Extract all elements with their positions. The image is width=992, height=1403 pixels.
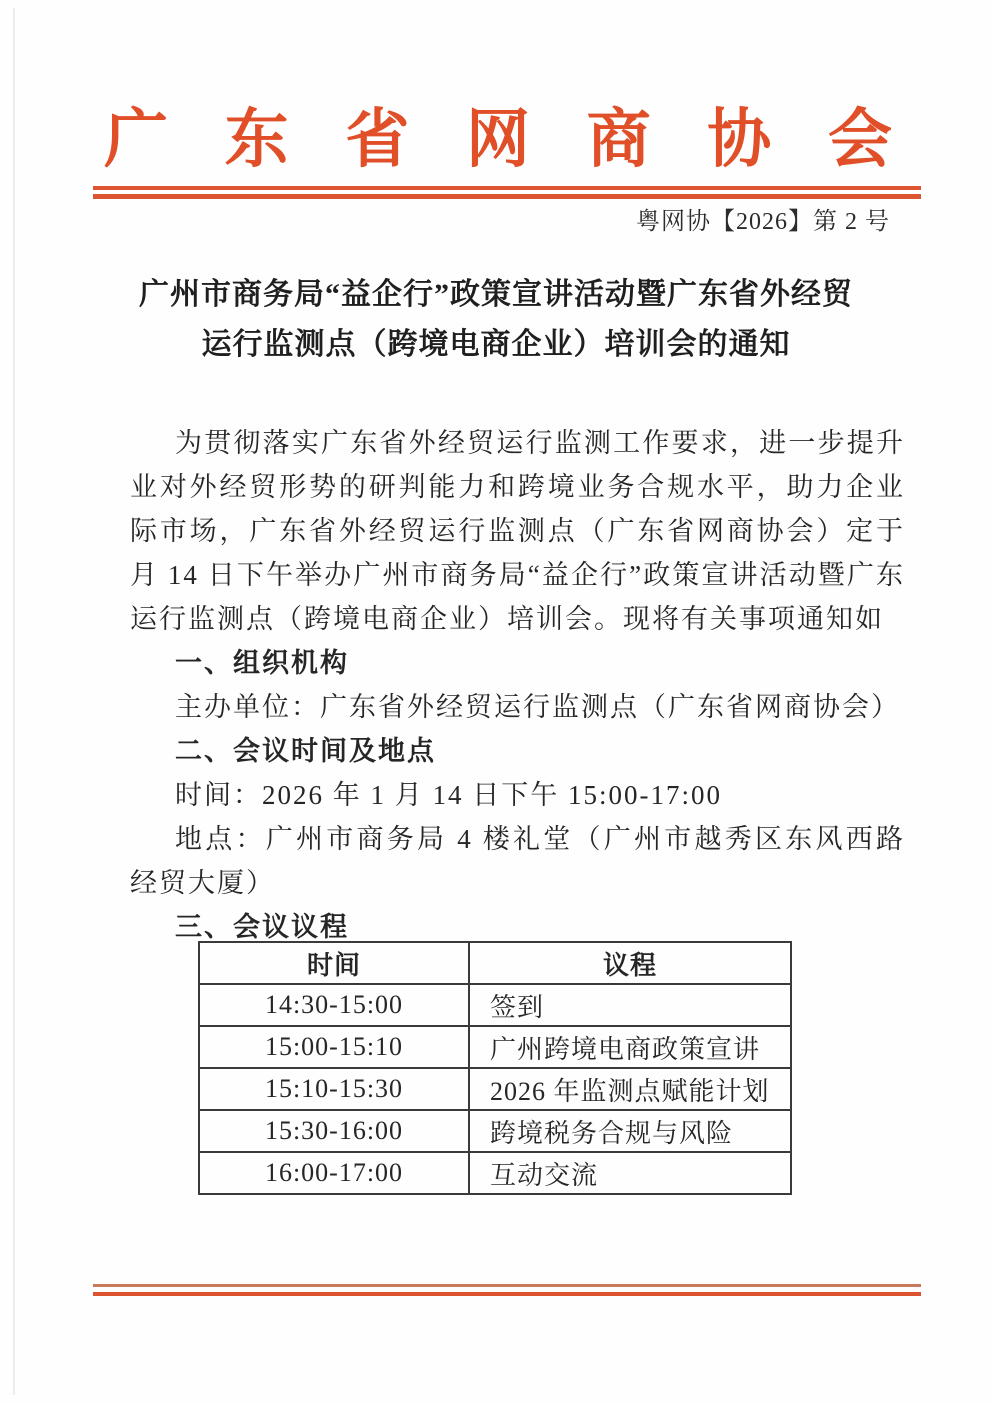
notice-title-line-1: 广州市商务局“益企行”政策宣讲活动暨广东省外经贸 (0, 270, 992, 320)
org-name-char: 协 (707, 108, 771, 172)
agenda-time-cell: 16:00-17:00 (199, 1152, 469, 1194)
intro-line: 运行监测点（跨境电商企业）培训会。现将有关事项通知如下： (130, 597, 905, 641)
table-row: 16:00-17:00 互动交流 (199, 1152, 791, 1194)
agenda-item-cell: 2026 年监测点赋能计划 (469, 1068, 791, 1110)
table-row: 15:10-15:30 2026 年监测点赋能计划 (199, 1068, 791, 1110)
venue-line-1: 地点：广州市商务局 4 楼礼堂（广州市越秀区东风西路 158 号国际 (130, 817, 905, 861)
agenda-col-header-agenda: 议程 (469, 942, 791, 984)
agenda-time-cell: 15:10-15:30 (199, 1068, 469, 1110)
venue-line-2: 经贸大厦） (130, 861, 905, 905)
notice-title: 广州市商务局“益企行”政策宣讲活动暨广东省外经贸 运行监测点（跨境电商企业）培训… (0, 270, 992, 370)
org-name-char: 会 (828, 108, 892, 172)
agenda-table: 时间 议程 14:30-15:00 签到 15:00-15:10 广州跨境电商政… (198, 941, 792, 1195)
letterhead-rules (93, 186, 921, 199)
letterhead-org-name: 广 东 省 网 商 协 会 (104, 108, 892, 172)
section-heading-time-venue: 二、会议时间及地点 (130, 729, 905, 773)
org-name-char: 省 (345, 108, 409, 172)
intro-line: 业对外经贸形势的研判能力和跨境业务合规水平，助力企业稳健拓展国 (130, 465, 905, 509)
table-row: 15:00-15:10 广州跨境电商政策宣讲 (199, 1026, 791, 1068)
letterhead-rule-bottom (93, 194, 921, 199)
org-name-char: 商 (587, 108, 651, 172)
footer-rule-bottom (93, 1292, 921, 1296)
intro-paragraph: 为贯彻落实广东省外经贸运行监测工作要求，进一步提升监测点企 业对外经贸形势的研判… (130, 421, 905, 641)
organizer-line: 主办单位：广东省外经贸运行监测点（广东省网商协会） (130, 685, 905, 729)
doc-number: 粤网协【2026】第 2 号 (0, 208, 890, 236)
agenda-time-cell: 15:30-16:00 (199, 1110, 469, 1152)
footer-rule-top (93, 1284, 921, 1287)
table-row: 14:30-15:00 签到 (199, 984, 791, 1026)
intro-line: 为贯彻落实广东省外经贸运行监测工作要求，进一步提升监测点企 (130, 421, 905, 465)
intro-line: 月 14 日下午举办广州市商务局“益企行”政策宣讲活动暨广东省外经贸 (130, 553, 905, 597)
notice-title-line-2: 运行监测点（跨境电商企业）培训会的通知 (0, 320, 992, 370)
table-row: 15:30-16:00 跨境税务合规与风险 (199, 1110, 791, 1152)
org-name-char: 网 (466, 108, 530, 172)
letterhead-rule-top (93, 186, 921, 190)
agenda-item-cell: 签到 (469, 984, 791, 1026)
agenda-item-cell: 互动交流 (469, 1152, 791, 1194)
document-page: 广 东 省 网 商 协 会 粤网协【2026】第 2 号 广州市商务局“益企行”… (0, 0, 992, 1403)
agenda-item-cell: 广州跨境电商政策宣讲 (469, 1026, 791, 1068)
section-heading-organization: 一、组织机构 (130, 641, 905, 685)
agenda-time-cell: 15:00-15:10 (199, 1026, 469, 1068)
meeting-time-line: 时间：2026 年 1 月 14 日下午 15:00-17:00 (130, 773, 905, 817)
agenda-time-cell: 14:30-15:00 (199, 984, 469, 1026)
intro-line: 际市场，广东省外经贸运行监测点（广东省网商协会）定于 2026 年 1 (130, 509, 905, 553)
org-name-char: 广 (104, 108, 168, 172)
agenda-item-cell: 跨境税务合规与风险 (469, 1110, 791, 1152)
scan-artifact-line (13, 8, 15, 1395)
org-name-char: 东 (225, 108, 289, 172)
notice-body: 为贯彻落实广东省外经贸运行监测工作要求，进一步提升监测点企 业对外经贸形势的研判… (130, 421, 905, 1195)
